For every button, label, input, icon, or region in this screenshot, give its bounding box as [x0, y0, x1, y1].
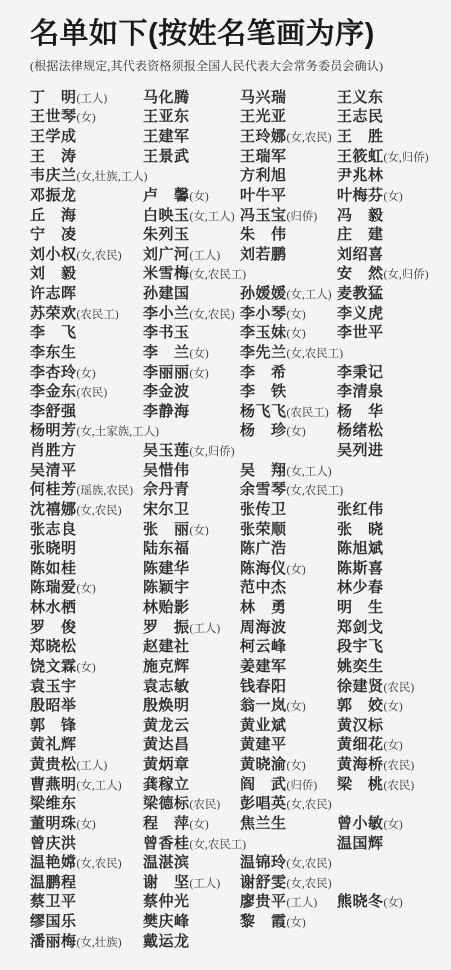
person-name: 戴运龙	[143, 933, 190, 950]
person-name: 郑晓松	[30, 638, 77, 655]
person-note: (工人)	[77, 93, 108, 105]
person-name: 王 涛	[30, 148, 77, 165]
list-cell: 冯 毅	[337, 206, 451, 226]
list-row: 刘 毅米雪梅(女,农民工)安 然(女,归侨)	[30, 264, 451, 284]
list-cell: 柯云峰	[240, 637, 337, 657]
person-note: (女,归侨)	[384, 152, 429, 164]
person-name: 殷焕明	[143, 697, 190, 714]
list-cell: 肖胜方	[30, 441, 143, 461]
list-cell: 许志晖	[30, 284, 143, 304]
list-cell: 黄龙云	[143, 716, 240, 736]
person-name: 白映玉	[143, 207, 190, 224]
list-cell: 段宇飞	[337, 637, 451, 657]
person-name: 王 胜	[337, 128, 384, 145]
person-name: 韦庆兰	[30, 167, 77, 184]
person-name: 张荣顺	[240, 521, 287, 538]
person-name: 杨 珍	[240, 422, 287, 439]
list-cell: 陈广浩	[240, 539, 337, 559]
person-name: 张红伟	[337, 501, 384, 518]
list-cell: 米雪梅(女,农民工)	[143, 264, 240, 286]
person-name: 罗 俊	[30, 619, 77, 636]
page-title: 名单如下(按姓名笔画为序)	[30, 16, 451, 52]
person-name: 张 丽	[143, 521, 190, 538]
list-cell: 刘广河(工人)	[143, 245, 240, 267]
person-name: 丁 明	[30, 89, 77, 106]
person-name: 温湛滨	[143, 854, 190, 871]
list-cell: 温国辉	[337, 834, 451, 854]
list-cell: 冯玉宝(归侨)	[240, 206, 337, 228]
list-cell: 张志良	[30, 520, 143, 540]
person-name: 樊庆峰	[143, 913, 190, 930]
person-name: 黄贵松	[30, 756, 77, 773]
list-cell: 陈瑞爱(女)	[30, 578, 143, 600]
person-note: (农民)	[384, 780, 415, 792]
list-row: 饶文霖(女)施克辉姜建军姚奕生	[30, 657, 451, 677]
list-cell: 姚奕生	[337, 657, 451, 677]
list-cell: 王筱虹(女,归侨)	[337, 147, 451, 169]
person-name: 殷昭举	[30, 697, 77, 714]
list-cell: 安 然(女,归侨)	[337, 264, 451, 286]
person-name: 庄 建	[337, 226, 384, 243]
list-cell: 王志民	[337, 107, 451, 127]
person-name: 张 晓	[337, 521, 384, 538]
list-cell: 李静海	[143, 402, 240, 422]
list-row: 黄贵松(工人)黄炳章黄晓渝(女)黄海桥(农民)	[30, 755, 451, 775]
list-cell: 罗 振(工人)	[143, 618, 240, 640]
list-row: 丘 海白映玉(女,工人)冯玉宝(归侨)冯 毅	[30, 206, 451, 226]
person-name: 林水栖	[30, 599, 77, 616]
person-note: (女,归侨)	[190, 446, 235, 458]
person-name: 曾香桂	[143, 835, 190, 852]
list-cell: 温湛滨	[143, 853, 240, 873]
person-name: 李 飞	[30, 324, 77, 341]
person-name: 李丽丽	[143, 364, 190, 381]
person-name: 孙媛媛	[240, 285, 287, 302]
person-name: 杨绪松	[337, 422, 384, 439]
person-name: 孙建国	[143, 285, 190, 302]
list-cell: 温艳嫦(女,农民)	[30, 853, 143, 875]
person-note: (女)	[190, 819, 209, 831]
list-cell: 林水栖	[30, 598, 143, 618]
list-cell: 戴运龙	[143, 932, 240, 952]
person-name: 谢舒雯	[240, 874, 287, 891]
list-cell: 周海波	[240, 618, 337, 638]
person-name: 李杏玲	[30, 364, 77, 381]
list-cell: 朱 伟	[240, 225, 337, 245]
person-name: 黎 霞	[240, 913, 287, 930]
person-name: 姜建军	[240, 658, 287, 675]
list-cell: 徐建贤(农民)	[337, 677, 451, 699]
person-name: 董明珠	[30, 815, 77, 832]
list-cell: 彭唱英(女,农民)	[240, 794, 337, 816]
list-cell: 丁 明(工人)	[30, 88, 143, 110]
list-cell: 王瑞军	[240, 147, 337, 167]
person-note: (女)	[77, 583, 96, 595]
list-cell: 曾香桂(女,农民工)	[143, 834, 240, 856]
person-name: 姚奕生	[337, 658, 384, 675]
list-row: 刘小权(女,农民)刘广河(工人)刘若鹏刘绍喜	[30, 245, 451, 265]
person-note: (女,工人)	[190, 211, 235, 223]
person-name: 龚稼立	[143, 776, 190, 793]
person-name: 李义虎	[337, 305, 384, 322]
list-cell: 苏荣欢(农民工)	[30, 304, 143, 326]
person-name: 王玲娜	[240, 128, 287, 145]
list-cell: 李小兰(女,农民)	[143, 304, 240, 326]
list-cell: 李 铁	[240, 382, 337, 402]
person-name: 杨 华	[337, 403, 384, 420]
list-cell: 林 勇	[240, 598, 337, 618]
list-row: 黄礼辉黄达昌黄建平黄细花(女)	[30, 735, 451, 755]
list-cell: 马化腾	[143, 88, 240, 108]
person-name: 李清泉	[337, 383, 384, 400]
person-name: 梁 桃	[337, 776, 384, 793]
person-name: 潘丽梅	[30, 933, 77, 950]
person-note: (女)	[77, 112, 96, 124]
list-cell: 黄礼辉	[30, 735, 143, 755]
list-cell: 张传卫	[240, 500, 337, 520]
person-name: 翁一岚	[240, 697, 287, 714]
list-cell: 黄贵松(工人)	[30, 755, 143, 777]
person-name: 冯 毅	[337, 207, 384, 224]
person-name: 周海波	[240, 619, 287, 636]
list-cell: 黄建平	[240, 735, 337, 755]
list-row: 温鹏程谢 坚(工人)谢舒雯(女,农民)	[30, 873, 451, 893]
list-cell: 方利旭	[240, 166, 337, 186]
person-name: 曾庆洪	[30, 835, 77, 852]
person-name: 吴 翔	[240, 462, 287, 479]
list-row: 肖胜方吴玉莲(女,归侨)吴列进	[30, 441, 451, 461]
person-note: (农民)	[384, 682, 415, 694]
person-name: 王瑞军	[240, 148, 287, 165]
person-name: 安 然	[337, 265, 384, 282]
list-cell: 明 生	[337, 598, 451, 618]
person-name: 王学成	[30, 128, 77, 145]
person-name: 施克辉	[143, 658, 190, 675]
list-cell: 何桂芳(瑶族,农民)	[30, 480, 143, 502]
person-note: (女,农民工)	[190, 839, 247, 851]
person-name: 饶文霖	[30, 658, 77, 675]
list-cell: 李 兰(女)	[143, 343, 240, 365]
person-name: 黄达昌	[143, 736, 190, 753]
person-note: (女)	[287, 564, 306, 576]
list-row: 袁玉宇袁志敏钱春阳徐建贤(农民)	[30, 677, 451, 697]
person-name: 李 兰	[143, 344, 190, 361]
list-cell: 王学成	[30, 127, 143, 147]
person-note: (女,壮族,工人)	[77, 171, 148, 183]
person-name: 苏荣欢	[30, 305, 77, 322]
list-cell: 白映玉(女,工人)	[143, 206, 240, 228]
list-cell: 李杏玲(女)	[30, 363, 143, 385]
person-note: (女,农民)	[190, 309, 235, 321]
list-cell: 王亚东	[143, 107, 240, 127]
person-name: 许志晖	[30, 285, 77, 302]
list-cell: 饶文霖(女)	[30, 657, 143, 679]
list-row: 李 飞李书玉李玉妹(女)李世平	[30, 323, 451, 343]
person-note: (归侨)	[287, 211, 318, 223]
person-name: 叶牛平	[240, 187, 287, 204]
list-row: 李金东(农民)李金波李 铁李清泉	[30, 382, 451, 402]
list-cell: 范中杰	[240, 578, 337, 598]
person-note: (瑶族,农民)	[77, 485, 134, 497]
list-cell: 刘小权(女,农民)	[30, 245, 143, 267]
list-cell: 董明珠(女)	[30, 814, 143, 836]
person-name: 宁 凌	[30, 226, 77, 243]
person-name: 廖贵平	[240, 893, 287, 910]
person-name: 李书玉	[143, 324, 190, 341]
list-cell: 黄业斌	[240, 716, 337, 736]
list-cell: 殷昭举	[30, 696, 143, 716]
person-name: 程 萍	[143, 815, 190, 832]
person-name: 李 铁	[240, 383, 287, 400]
list-cell: 曾小敏(女)	[337, 814, 451, 836]
person-name: 焦兰生	[240, 815, 287, 832]
list-cell: 杨飞飞(农民工)	[240, 402, 337, 424]
list-cell: 杨 华	[337, 402, 451, 422]
list-cell: 李 希	[240, 363, 337, 383]
list-row: 罗 俊罗 振(工人)周海波郑剑戈	[30, 618, 451, 638]
list-cell: 王 涛	[30, 147, 143, 167]
list-row: 郑晓松赵建社柯云峰段宇飞	[30, 637, 451, 657]
person-note: (农民)	[77, 387, 108, 399]
list-cell: 王 胜	[337, 127, 451, 147]
person-name: 蔡卫平	[30, 893, 77, 910]
person-name: 吴清平	[30, 462, 77, 479]
list-cell: 林贻影	[143, 598, 240, 618]
list-cell: 刘若鹏	[240, 245, 337, 265]
list-cell: 蔡仲光	[143, 892, 240, 912]
person-name: 沈禧娜	[30, 501, 77, 518]
person-name: 温国辉	[337, 835, 384, 852]
list-cell: 刘绍喜	[337, 245, 451, 265]
list-cell: 庄 建	[337, 225, 451, 245]
person-note: (女,农民)	[77, 858, 122, 870]
list-cell: 陈建华	[143, 559, 240, 579]
person-name: 卢 馨	[143, 187, 190, 204]
list-row: 许志晖孙建国孙媛媛(女,工人)麦教猛	[30, 284, 451, 304]
list-row: 吴清平吴惜伟吴 翔(女,工人)	[30, 461, 451, 481]
person-name: 黄礼辉	[30, 736, 77, 753]
person-note: (女,工人)	[287, 466, 332, 478]
person-note: (女,农民)	[287, 799, 332, 811]
person-name: 杨明芳	[30, 422, 77, 439]
person-name: 袁玉宇	[30, 678, 77, 695]
person-name: 麦教猛	[337, 285, 384, 302]
person-name: 张传卫	[240, 501, 287, 518]
list-cell: 李先兰(女,农民工)	[240, 343, 337, 365]
person-note: (工人)	[287, 897, 318, 909]
person-name: 陈如桂	[30, 560, 77, 577]
list-cell: 王玲娜(女,农民)	[240, 127, 337, 149]
person-name: 刘若鹏	[240, 246, 287, 263]
list-cell: 黎 霞(女)	[240, 912, 337, 934]
person-name: 赵建社	[143, 638, 190, 655]
person-name: 何桂芳	[30, 481, 77, 498]
list-row: 王 涛王景武王瑞军王筱虹(女,归侨)	[30, 147, 451, 167]
person-note: (女)	[287, 917, 306, 929]
person-note: (女,农民工)	[190, 269, 247, 281]
list-cell: 吴清平	[30, 461, 143, 481]
list-cell: 黄汉标	[337, 716, 451, 736]
person-name: 陈旭斌	[337, 540, 384, 557]
list-cell: 杨明芳(女,土家族,工人)	[30, 421, 143, 443]
list-cell: 阎 武(归侨)	[240, 775, 337, 797]
page-subtitle: (根据法律规定,其代表资格须报全国人民代表大会常务委员会确认)	[30, 59, 451, 75]
person-name: 段宇飞	[337, 638, 384, 655]
list-row: 张志良张 丽(女)张荣顺张 晓	[30, 520, 451, 540]
person-name: 黄业斌	[240, 717, 287, 734]
person-name: 李世平	[337, 324, 384, 341]
person-note: (女,农民)	[287, 858, 332, 870]
person-name: 黄汉标	[337, 717, 384, 734]
list-cell: 罗 俊	[30, 618, 143, 638]
list-row: 李东生李 兰(女)李先兰(女,农民工)	[30, 343, 451, 363]
person-name: 李舒强	[30, 403, 77, 420]
list-cell: 王景武	[143, 147, 240, 167]
person-note: (女)	[77, 662, 96, 674]
list-row: 陈如桂陈建华陈海仪(女)陈斯喜	[30, 559, 451, 579]
list-cell: 黄炳章	[143, 755, 240, 775]
person-note: (女,农民)	[77, 250, 122, 262]
list-cell: 马兴瑞	[240, 88, 337, 108]
person-note: (女)	[384, 740, 403, 752]
person-name: 黄炳章	[143, 756, 190, 773]
list-cell: 姜建军	[240, 657, 337, 677]
person-name: 黄海桥	[337, 756, 384, 773]
person-note: (农民)	[190, 799, 221, 811]
list-cell: 孙媛媛(女,工人)	[240, 284, 337, 306]
list-row: 殷昭举殷焕明翁一岚(女)郭 姣(女)	[30, 696, 451, 716]
person-note: (女,农民)	[77, 505, 122, 517]
person-note: (农民工)	[77, 309, 119, 321]
list-cell: 张 晓	[337, 520, 451, 540]
list-cell: 蔡卫平	[30, 892, 143, 912]
person-note: (农民工)	[287, 407, 329, 419]
person-name: 梁维东	[30, 795, 77, 812]
list-cell: 李舒强	[30, 402, 143, 422]
list-cell: 杨绪松	[337, 421, 451, 441]
person-name: 谢 坚	[143, 874, 190, 891]
list-cell: 刘 毅	[30, 264, 143, 284]
list-cell: 张荣顺	[240, 520, 337, 540]
list-cell: 陈斯喜	[337, 559, 451, 579]
list-cell: 余雪琴(女,农民工)	[240, 480, 337, 502]
person-note: (女,工人)	[287, 289, 332, 301]
list-cell: 叶牛平	[240, 186, 337, 206]
person-note: (女)	[77, 819, 96, 831]
person-note: (女)	[190, 348, 209, 360]
person-note: (女)	[384, 191, 403, 203]
person-name: 李 希	[240, 364, 287, 381]
person-note: (女)	[287, 701, 306, 713]
person-note: (农民)	[384, 760, 415, 772]
list-cell: 沈禧娜(女,农民)	[30, 500, 143, 522]
list-cell: 黄细花(女)	[337, 735, 451, 757]
person-name: 马化腾	[143, 89, 190, 106]
list-cell: 吴列进	[337, 441, 451, 461]
list-cell: 陈旭斌	[337, 539, 451, 559]
list-cell: 廖贵平(工人)	[240, 892, 337, 914]
person-name: 刘小权	[30, 246, 77, 263]
person-name: 王建军	[143, 128, 190, 145]
list-cell: 李义虎	[337, 304, 451, 324]
person-name: 叶梅芬	[337, 187, 384, 204]
list-cell: 韦庆兰(女,壮族,工人)	[30, 166, 143, 188]
list-row: 邓振龙卢 馨(女)叶牛平叶梅芬(女)	[30, 186, 451, 206]
list-cell: 叶梅芬(女)	[337, 186, 451, 208]
person-note: (女,农民)	[287, 878, 332, 890]
person-name: 马兴瑞	[240, 89, 287, 106]
list-row: 陈瑞爱(女)陈颖宇范中杰林少春	[30, 578, 451, 598]
person-name: 罗 振	[143, 619, 190, 636]
person-name: 陈颖宇	[143, 579, 190, 596]
list-cell: 陈如桂	[30, 559, 143, 579]
list-cell: 梁德标(农民)	[143, 794, 240, 816]
person-name: 王亚东	[143, 108, 190, 125]
list-cell: 施克辉	[143, 657, 240, 677]
list-row: 林水栖林贻影林 勇明 生	[30, 598, 451, 618]
person-name: 刘绍喜	[337, 246, 384, 263]
name-list: 丁 明(工人)马化腾马兴瑞王义东王世琴(女)王亚东王光亚王志民王学成王建军王玲娜…	[30, 88, 451, 952]
list-row: 潘丽梅(女,壮族)戴运龙	[30, 932, 451, 952]
list-cell: 张 丽(女)	[143, 520, 240, 542]
person-name: 吴惜伟	[143, 462, 190, 479]
person-name: 丘 海	[30, 207, 77, 224]
person-name: 熊晓冬	[337, 893, 384, 910]
person-name: 王筱虹	[337, 148, 384, 165]
person-name: 陈瑞爱	[30, 579, 77, 596]
person-name: 钱春阳	[240, 678, 287, 695]
person-name: 李小琴	[240, 305, 287, 322]
list-cell: 李秉记	[337, 363, 451, 383]
person-name: 明 生	[337, 599, 384, 616]
person-name: 温艳嫦	[30, 854, 77, 871]
person-note: (工人)	[77, 760, 108, 772]
list-cell: 龚稼立	[143, 775, 240, 795]
document-page: 名单如下(按姓名笔画为序) (根据法律规定,其代表资格须报全国人民代表大会常务委…	[0, 0, 451, 970]
list-cell: 李玉妹(女)	[240, 323, 337, 345]
person-note: (女)	[77, 368, 96, 380]
list-cell: 潘丽梅(女,壮族)	[30, 932, 143, 954]
list-cell: 温鹏程	[30, 873, 143, 893]
person-note: (女)	[287, 760, 306, 772]
list-cell: 吴 翔(女,工人)	[240, 461, 337, 483]
list-row: 张晓明陆东福陈广浩陈旭斌	[30, 539, 451, 559]
list-cell: 温锦玲(女,农民)	[240, 853, 337, 875]
person-name: 王义东	[337, 89, 384, 106]
person-name: 彭唱英	[240, 795, 287, 812]
person-name: 陈建华	[143, 560, 190, 577]
person-name: 邓振龙	[30, 187, 77, 204]
person-name: 林贻影	[143, 599, 190, 616]
list-cell: 陈颖宇	[143, 578, 240, 598]
person-name: 李先兰	[240, 344, 287, 361]
person-name: 朱 伟	[240, 226, 287, 243]
person-name: 方利旭	[240, 167, 287, 184]
person-name: 王世琴	[30, 108, 77, 125]
person-name: 缪国乐	[30, 913, 77, 930]
person-name: 黄细花	[337, 736, 384, 753]
list-row: 韦庆兰(女,壮族,工人)方利旭尹兆林	[30, 166, 451, 186]
person-name: 温鹏程	[30, 874, 77, 891]
list-row: 杨明芳(女,土家族,工人)杨 珍(女)杨绪松	[30, 421, 451, 441]
person-note: (女)	[287, 328, 306, 340]
list-cell: 焦兰生	[240, 814, 337, 834]
list-cell: 尹兆林	[337, 166, 451, 186]
list-row: 丁 明(工人)马化腾马兴瑞王义东	[30, 88, 451, 108]
person-name: 林少春	[337, 579, 384, 596]
list-cell: 吴惜伟	[143, 461, 240, 481]
person-note: (女)	[384, 897, 403, 909]
